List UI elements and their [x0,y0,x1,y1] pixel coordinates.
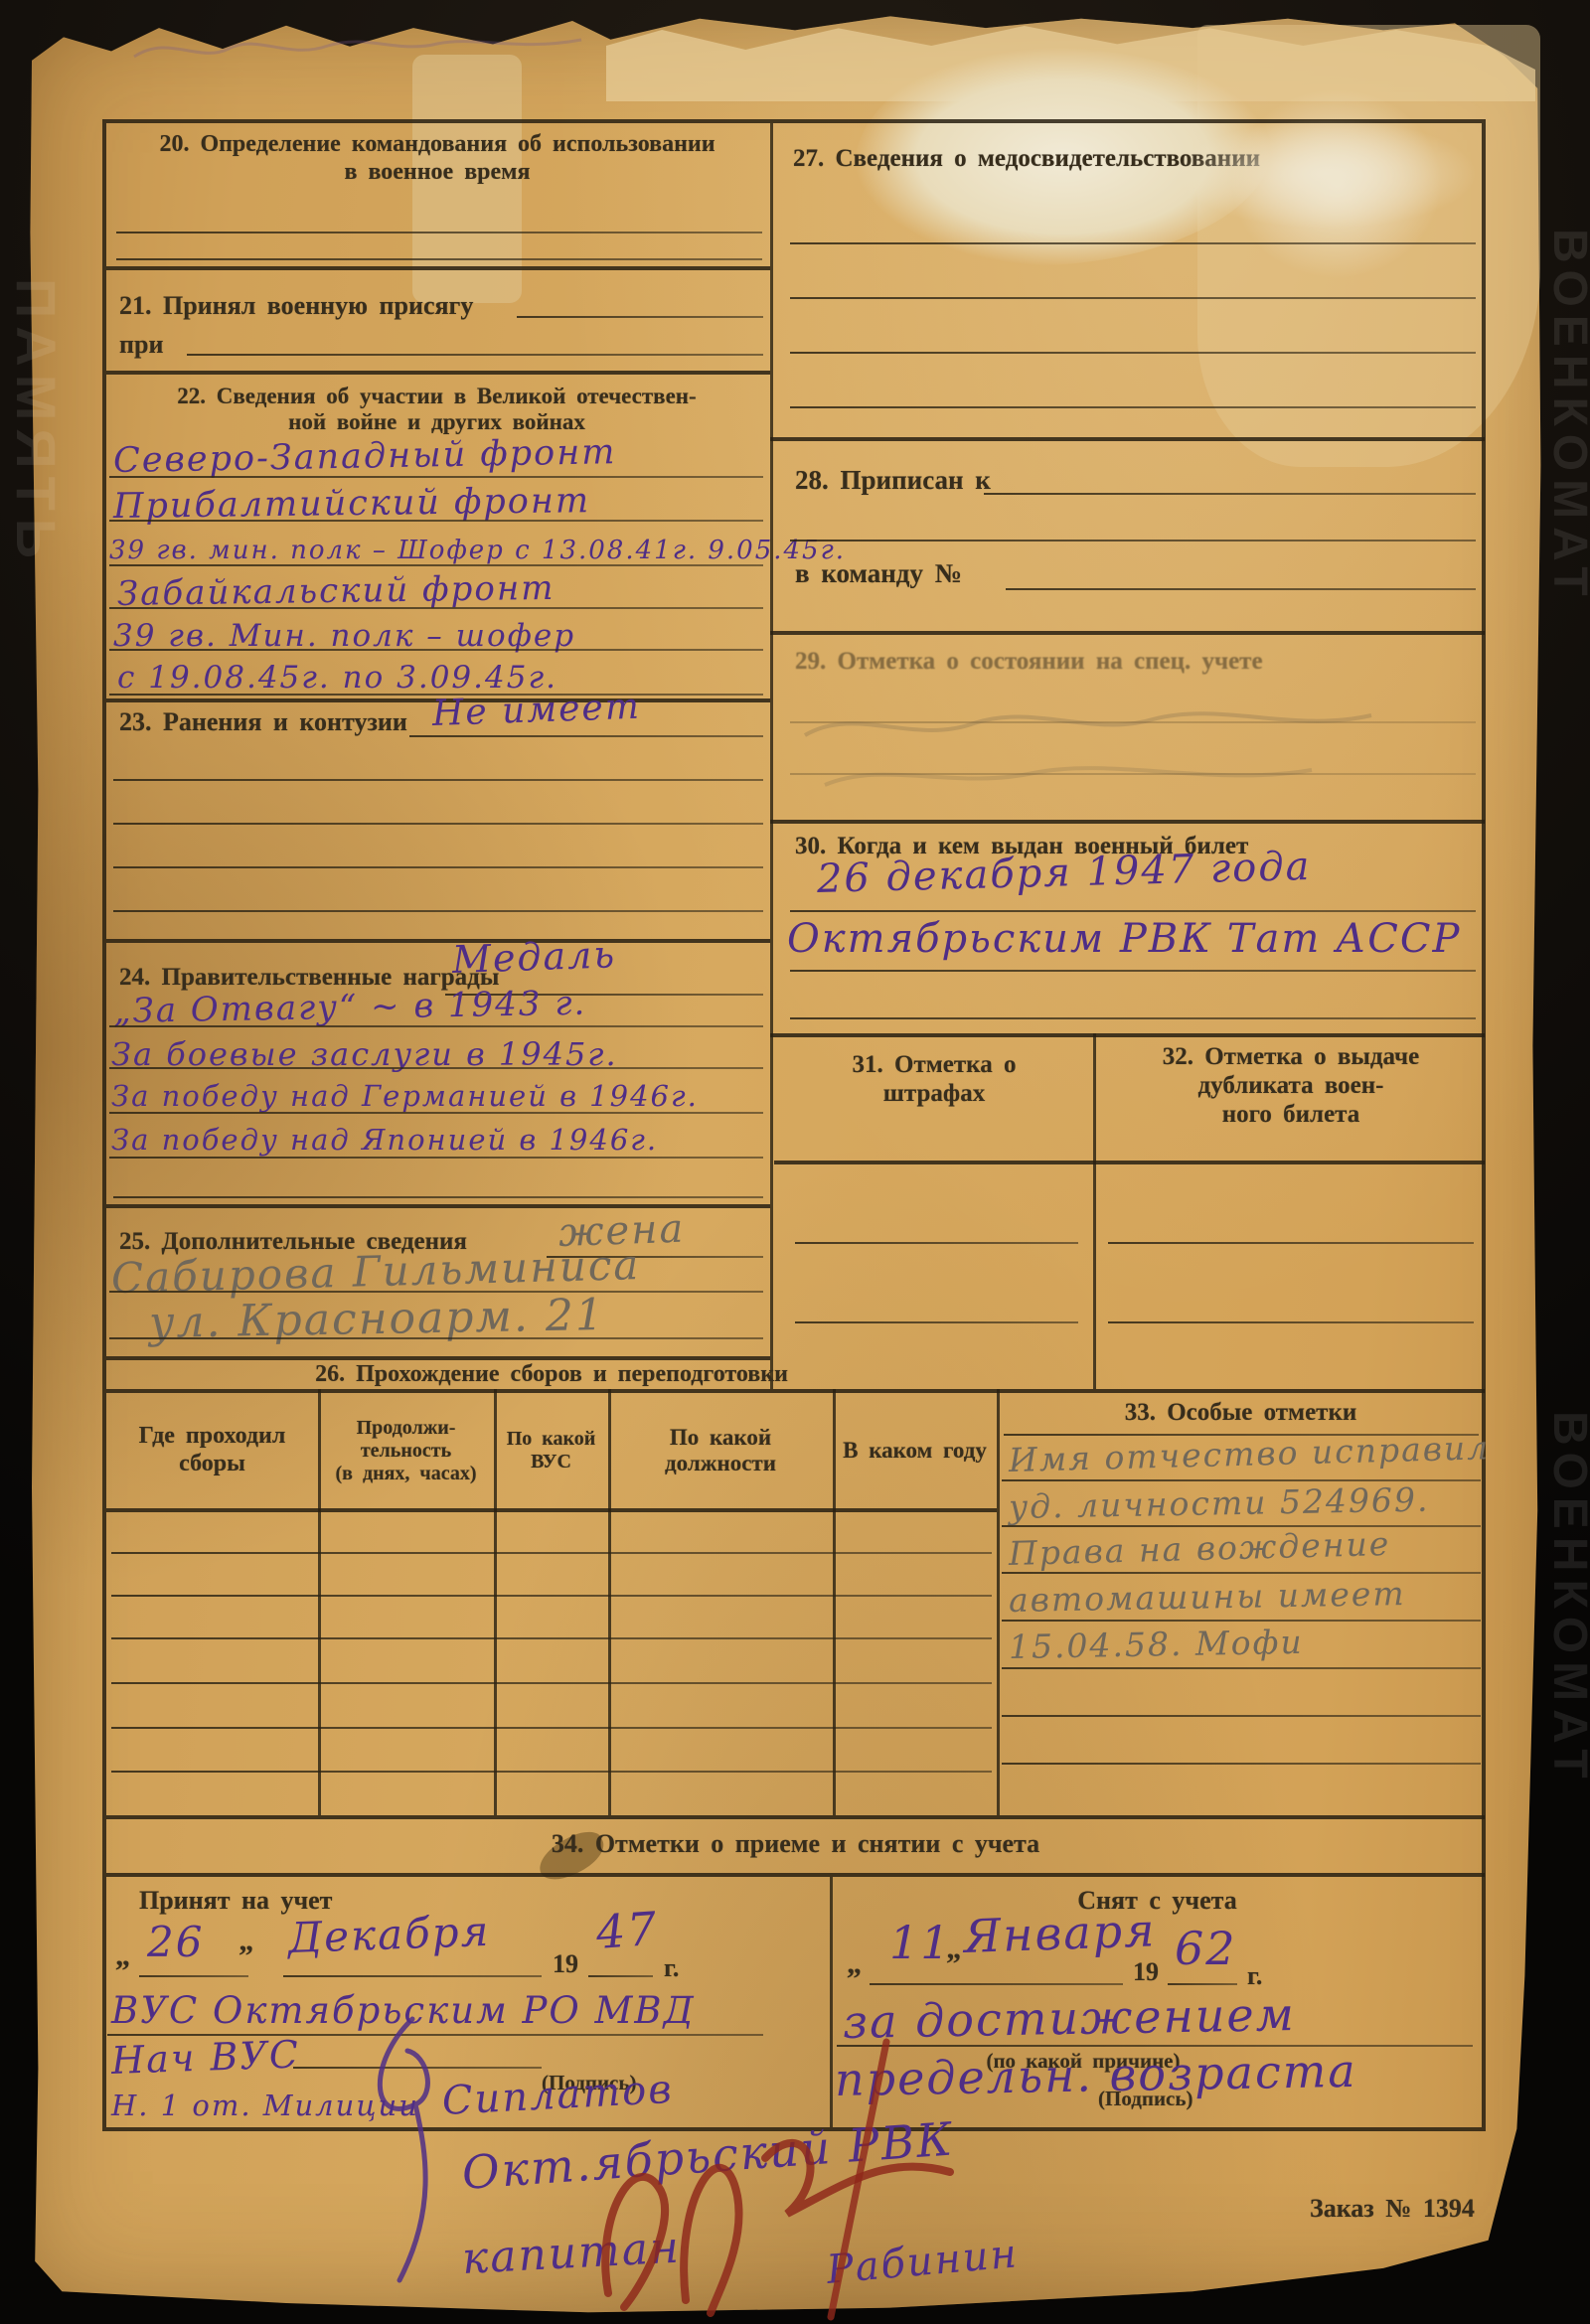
ruled-line [790,406,1476,408]
table-row-line [111,1637,992,1639]
ruled-line [109,1112,763,1114]
s34-right-day: 11 [889,1916,952,1969]
table-col-divider-4 [833,1389,836,1815]
ruled-line [113,1196,763,1198]
s26-title: 26. Прохождение сборов и переподготовки [106,1361,997,1389]
ruled-line [1002,1525,1481,1527]
s33-entry: уд. личности 524969. [1009,1480,1430,1526]
s28-label2: в команду № [795,558,962,589]
ruled-line [1108,1242,1474,1244]
s20-title-line1: 20. Определение командования об использо… [159,131,715,159]
table-row-line [111,1552,992,1554]
s34-left-close-quote: ” [238,1939,253,1974]
border-s30-bottom [770,1033,1485,1037]
border-s23-bottom [106,939,770,943]
border-s25-bottom [106,1356,770,1360]
ruled-line [109,564,763,566]
s33-entry: автомашины имеет [1009,1574,1406,1620]
s33-entry: 15.04.58. Мофи [1009,1623,1304,1666]
signature-flourish [358,2007,477,2295]
s26-col5-header: В каком году [837,1395,993,1506]
ruled-line [109,476,763,478]
border-s20-bottom [106,266,770,270]
s32-title: 32. Отметка о выдаче дубликата воен- ног… [1101,1043,1481,1129]
s26-col2-header: Продолжи- тельность (в днях, часах) [322,1395,490,1506]
s20-title: 20. Определение командования об использо… [114,131,760,186]
s31-title: 31. Отметка о штрафах [785,1051,1083,1109]
ruled-line [790,910,1476,912]
s34-right-month: Января [963,1903,1157,1963]
ruled-line [409,735,763,737]
s25-entry: ул. Красноарм. 21 [149,1290,606,1348]
ruled-line [113,866,763,868]
ruled-line [790,970,1476,972]
order-number: Заказ № 1394 [1310,2194,1475,2224]
ruled-line [1002,1763,1481,1765]
ruled-line [790,540,1476,542]
red-signature [517,2027,1153,2324]
s26-col1-label: Где проходил сборы [111,1423,313,1477]
s24-entry: За победу над Германией в 1946г. [111,1079,699,1113]
ruled-line [113,779,763,781]
erased-pencil-marks [795,676,1471,805]
s26-col5-label: В каком году [843,1438,987,1464]
divider-31-32 [1093,1033,1096,1389]
s21-label2: при [119,330,163,360]
s31-title-line2: штрафах [883,1080,985,1109]
s34-left-open-quote: „ [115,1939,130,1974]
table-row-line [111,1595,992,1597]
table-col-divider-1 [318,1389,321,1815]
ruled-line [588,1975,653,1977]
s32-title-line1: 32. Отметка о выдаче [1163,1043,1420,1072]
ruled-line [1108,1321,1474,1323]
s26-col2-line2: тельность [361,1440,451,1463]
ruled-line [517,316,763,318]
ruled-line [1006,588,1476,590]
border-table-bottom [106,1815,1485,1819]
ruled-line [109,649,763,651]
s24-entry: „За Отвагу“ ~ в 1943 г. [113,984,587,1031]
s33-title: 33. Особые отметки [997,1399,1485,1428]
s34-right-heading: Снят с учета [830,1886,1485,1916]
table-col-divider-3 [608,1389,611,1815]
column-divider [770,123,773,1389]
faint-scribble [129,22,596,77]
table-col-divider-2 [494,1389,497,1815]
s30-entry: Октябрьским РВК Тат АССР [787,916,1461,962]
s32-title-line2: дубликата воен- [1198,1072,1384,1101]
border-s21-bottom [106,371,770,375]
s34-left-day: 26 [147,1918,204,1966]
s26-col1-header: Где проходил сборы [111,1395,313,1506]
ruled-line [109,1337,763,1339]
ruled-line [116,258,762,260]
ruled-line [109,607,763,609]
ruled-line [1002,1572,1481,1574]
s27-title: 27. Сведения о медосвидетельствовании [793,145,1260,174]
ruled-line [790,242,1476,244]
table-row-line [111,1727,992,1729]
s24-entry: За победу над Японией в 1946г. [111,1123,658,1157]
ruled-line [1168,1983,1237,1985]
ruled-line [109,1157,763,1159]
s20-title-line2: в военное время [344,159,530,187]
s29-title: 29. Отметка о состоянии на спец. учете [795,648,1263,677]
s34-right-year-suffix: г. [1247,1961,1262,1991]
s26-col3-label: По какой ВУС [498,1428,604,1473]
s26-col3-header: По какой ВУС [498,1395,604,1506]
s23-label: 23. Ранения и контузии [119,707,407,737]
border-table-header-bottom [106,1508,997,1512]
ruled-line [113,910,763,912]
ruled-line [139,1975,248,1977]
watermark-right-bottom: ВОЕНКОМАТ [1542,1411,1590,1786]
border-s27-bottom [770,437,1485,441]
border-s31-s32-header [774,1161,1485,1164]
ruled-line [109,1067,763,1069]
watermark-right-top: ВОЕНКОМАТ [1542,229,1590,604]
s34-left-line3: Нач ВУС [110,2032,300,2083]
s26-col2-line1: Продолжи- [357,1417,456,1440]
s34-left-month: Декабря [287,1907,491,1962]
s26-col4-header: По какой должности [612,1395,829,1506]
border-table-top [106,1389,1485,1393]
ruled-line [109,1025,763,1027]
table-row-line [111,1771,992,1773]
s22-title-line1: 22. Сведения об участии в Великой отечес… [177,384,696,409]
ruled-line [870,1983,1123,1985]
s34-left-year-suffix: г. [664,1953,679,1983]
ruled-line [790,1017,1476,1019]
s22-entry: с 19.08.45г. по 3.09.45г. [117,660,557,696]
ruled-line [984,493,1476,495]
s32-title-line3: ного билета [1222,1101,1360,1130]
s34-right-open-quote: „ [847,1947,862,1982]
ruled-line [116,232,762,233]
s22-title-line2: ной войне и других войнах [288,409,585,435]
s31-title-line1: 31. Отметка о [853,1051,1017,1080]
s28-label: 28. Приписан к [795,465,991,496]
table-row-line [111,1682,992,1684]
ruled-line [283,1975,542,1977]
s34-right-year-prefix: 19 [1133,1957,1159,1987]
border-s34-title-bottom [106,1873,1485,1877]
ruled-line [1002,1715,1481,1717]
s24-value: Медаль [451,932,616,982]
ruled-line [113,823,763,825]
s34-title: 34. Отметки о приеме и снятии с учета [106,1829,1485,1859]
s34-right-close-quote: ” [946,1947,961,1982]
watermark-left: ПАМЯТЬ [4,278,69,566]
ruled-line [795,1242,1078,1244]
s26-col2-line3: (в днях, часах) [336,1463,477,1485]
border-s28-bottom [770,631,1485,635]
ruled-line [187,354,763,356]
ruled-line [1002,1667,1481,1669]
s21-label: 21. Принял военную присягу [119,291,473,321]
scanned-military-id-page: ПАМЯТЬ ВОЕНКОМАТ ВОЕНКОМАТ 20. Определен… [0,0,1590,2324]
ruled-line [790,352,1476,354]
ruled-line [790,297,1476,299]
s34-left-heading: Принят на учет [139,1886,332,1916]
s34-left-year-prefix: 19 [553,1949,578,1979]
border-s29-bottom [770,820,1485,824]
s22-title: 22. Сведения об участии в Великой отечес… [111,384,762,436]
divider-26-33 [997,1389,1000,1815]
s26-col4-label: По какой должности [612,1425,829,1477]
s22-entry: 39 гв. мин. полк – Шофер с 13.08.41г. 9.… [109,536,846,565]
ruled-line [1002,1620,1481,1622]
s23-value: Не имеет [431,687,641,734]
s34-right-year: 62 [1175,1922,1237,1975]
ruled-line [795,1321,1078,1323]
s34-left-year: 47 [594,1902,660,1959]
ruled-line [109,520,763,522]
